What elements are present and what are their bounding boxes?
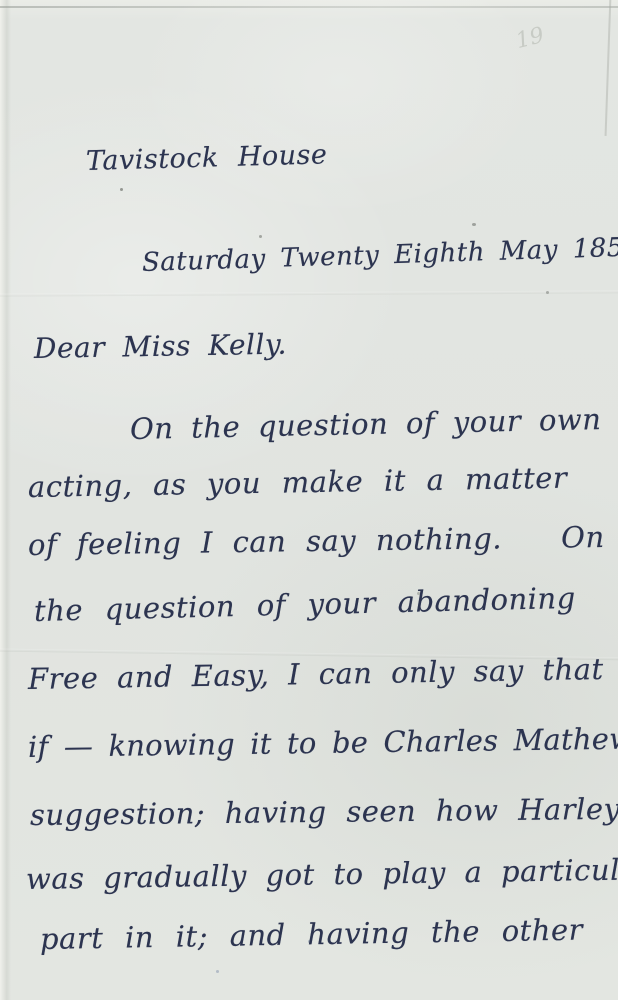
middle-fold-crease [0,290,618,296]
manuscript-line: if — knowing it to be Charles Mathews's [28,721,618,764]
foxing-speck [472,223,476,226]
date-line: Saturday Twenty Eighth May 1853. [142,232,618,278]
foxing-speck [546,291,549,294]
manuscript-line: suggestion; having seen how Harley [30,792,618,832]
salutation-line: Dear Miss Kelly. [34,328,287,365]
manuscript-line: the question of your abandoning [34,581,577,628]
foxing-speck [120,188,123,191]
letter-page: 19 Tavistock House Saturday Twenty Eight… [0,0,618,1000]
paper-right-edge-crease [605,0,612,136]
manuscript-line: On the question of your own [130,402,602,446]
ink-speck [216,970,219,973]
paper-left-edge [0,0,11,1000]
pencil-annotation: 19 [513,23,546,54]
manuscript-line: was gradually got to play a particular [26,852,618,896]
address-line: Tavistock House [86,139,328,177]
foxing-speck [259,235,262,238]
manuscript-line: acting, as you make it a matter [28,461,568,504]
top-fold-crease [0,6,618,8]
manuscript-line: Free and Easy, I can only say that [28,652,604,696]
manuscript-line: of feeling I can say nothing. On [28,520,605,562]
manuscript-line: part in it; and having the other [40,913,584,956]
